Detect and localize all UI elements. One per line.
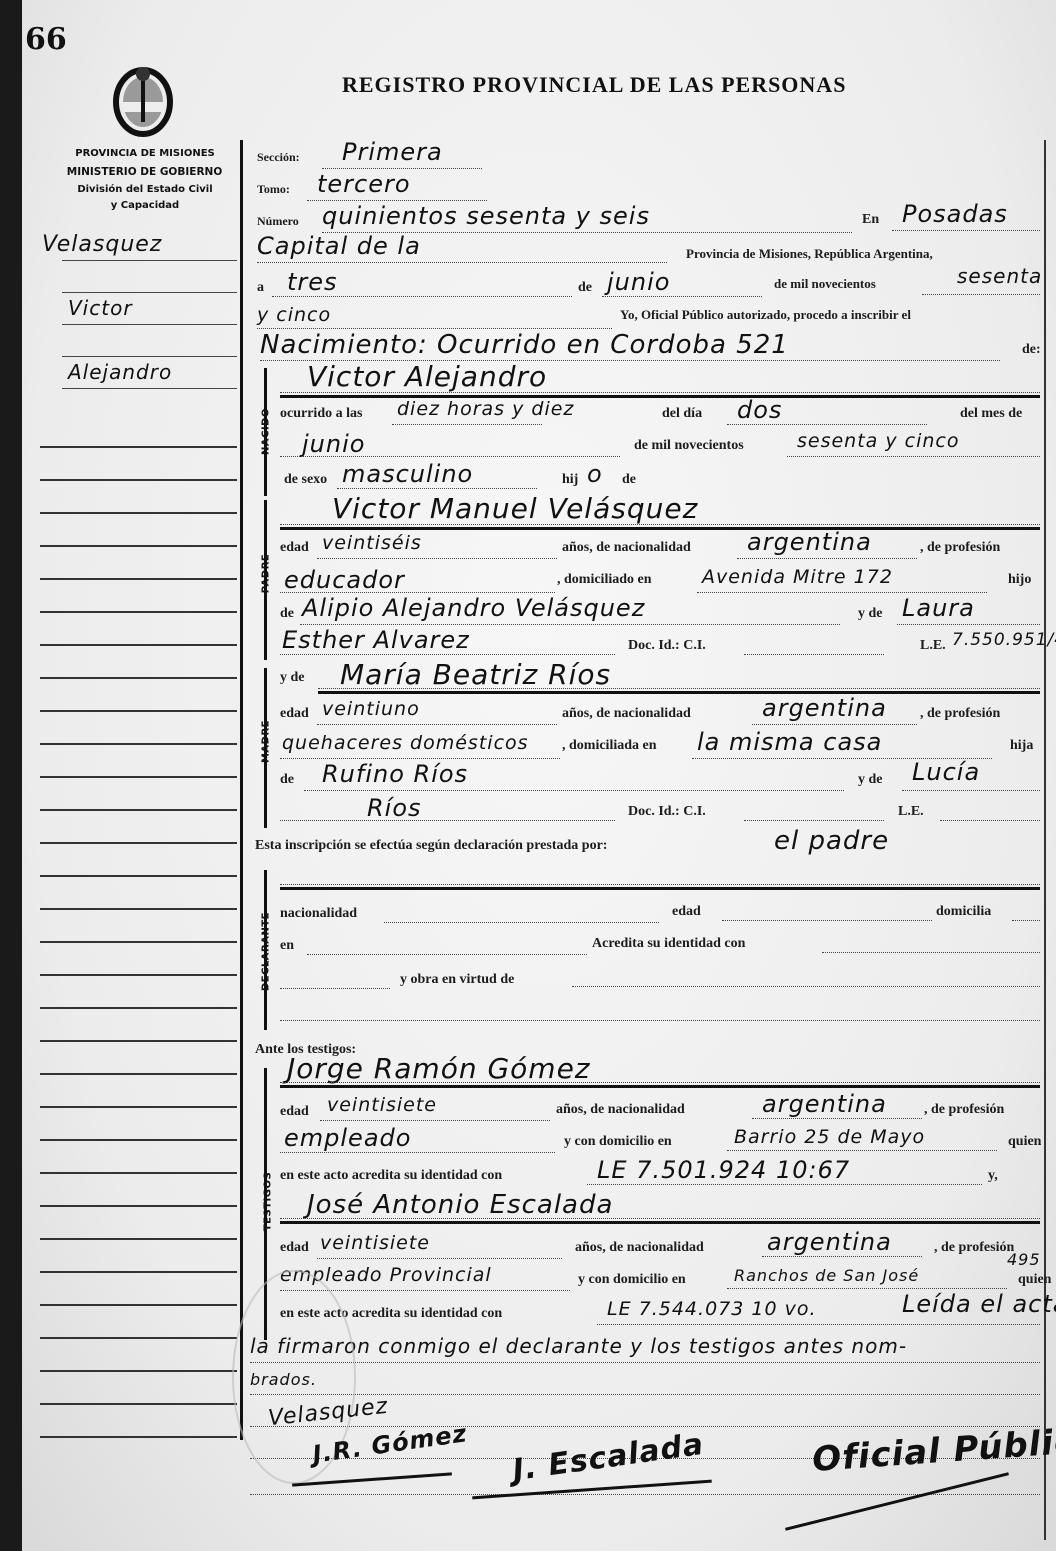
margin-divider [240, 140, 243, 1440]
madre-hija-label: hija [1010, 738, 1033, 754]
madre-domicilio-value: la misma casa [697, 728, 882, 756]
hijo-value: o [587, 460, 603, 488]
witness-1-acredita-value: LE 7.501.924 10:67 [597, 1156, 850, 1184]
padre-le-value: 7.550.951/46 [952, 630, 1056, 650]
header-ministry: MINISTERIO DE GOBIERNO [42, 166, 247, 178]
declarante-obra-label: y obra en virtud de [400, 972, 514, 988]
page-number: 66 [25, 22, 67, 57]
witness-1-nacionalidad-value: argentina [762, 1090, 887, 1118]
en-value: Posadas [902, 200, 1008, 228]
madre-mother-value: Lucía [912, 758, 980, 786]
witness-1-edad-value: veintisiete [327, 1094, 437, 1116]
witness-2-domicilio-number: 495 [1007, 1250, 1041, 1269]
declarante-acredita-label: Acredita su identidad con [592, 936, 745, 952]
right-border [1044, 140, 1046, 1540]
seccion-value: Primera [342, 138, 443, 166]
madre-le-label: L.E. [898, 804, 924, 820]
provincia-text: Provincia de Misiones, República Argenti… [686, 246, 933, 262]
witness-1-anos-label: años, de nacionalidad [556, 1102, 685, 1118]
padre-edad-value: veintiséis [322, 532, 422, 554]
sexo-value: masculino [342, 460, 473, 488]
margin-first-name: Victor [68, 296, 133, 320]
madre-domicilio-label: , domiciliada en [562, 738, 657, 754]
sexo-label: de sexo [284, 472, 327, 488]
nacimiento-value: Nacimiento: Ocurrido en Cordoba 521 [260, 330, 789, 360]
mes-label: del mes de [960, 406, 1022, 422]
witness-2-anos-label: años, de nacionalidad [575, 1240, 704, 1256]
padre-section-label: PADRE [261, 544, 272, 604]
madre-father-value: Rufino Ríos [322, 760, 468, 788]
nacido-section-label: NACIDO [261, 402, 272, 462]
witness-1-end-label: y, [988, 1168, 998, 1184]
birth-year-label: de mil novecientos [634, 438, 744, 454]
declaracion-label: Esta inscripción se efectúa según declar… [255, 838, 607, 854]
numero-value: quinientos sesenta y seis [322, 202, 650, 230]
hijo-label: hij [562, 472, 578, 488]
padre-edad-label: edad [280, 540, 309, 556]
month-de-label: de [578, 280, 592, 296]
en-label: En [862, 212, 879, 228]
madre-mother-value-2: Ríos [367, 794, 422, 822]
padre-de-label: de [280, 606, 294, 622]
madre-name: María Beatriz Ríos [340, 658, 611, 691]
declarante-domicilio-label: domicilia [936, 904, 991, 920]
oficial-text: Yo, Oficial Público autorizado, procedo … [620, 307, 911, 323]
padre-anos-label: años, de nacionalidad [562, 540, 691, 556]
padre-profesion-value: educador [284, 566, 405, 594]
padre-doc-label: Doc. Id.: C.I. [628, 638, 706, 654]
coat-of-arms-icon [112, 58, 174, 138]
madre-section-label: MADRE [261, 712, 272, 772]
dia-label: del día [662, 406, 702, 422]
witness-1-domicilio-label: y con domicilio en [564, 1134, 672, 1150]
witness-2-quien-label: quien [1018, 1272, 1051, 1288]
nacido-name: Victor Alejandro [307, 360, 547, 393]
witness-1-edad-label: edad [280, 1104, 309, 1120]
witness-1-name: Jorge Ramón Gómez [287, 1052, 591, 1085]
witness-2-end-value: Leída el acta [902, 1290, 1056, 1318]
birth-month-value: junio [302, 430, 365, 458]
padre-domicilio-value: Avenida Mitre 172 [702, 566, 893, 588]
declarante-en-label: en [280, 938, 294, 954]
padre-name: Victor Manuel Velásquez [332, 492, 698, 525]
header-capacity: y Capacidad [50, 200, 240, 211]
year-label: de mil novecientos [774, 276, 876, 292]
witness-2-domicilio-label: y con domicilio en [578, 1272, 686, 1288]
padre-domicilio-label: , domiciliado en [557, 572, 652, 588]
madre-y-de-label: y de [280, 670, 305, 686]
madre-profesion-value: quehaceres domésticos [282, 732, 529, 754]
signature-3-underline [472, 1480, 712, 1500]
day-value: tres [287, 268, 338, 296]
witness-2-name: José Antonio Escalada [307, 1190, 613, 1220]
month-value: junio [607, 268, 670, 296]
declarante-edad-label: edad [672, 904, 701, 920]
witness-1-domicilio-value: Barrio 25 de Mayo [734, 1126, 925, 1148]
padre-profesion-label: , de profesión [920, 540, 1000, 556]
madre-profesion-label: , de profesión [920, 706, 1000, 722]
witness-2-profesion-label: , de profesión [934, 1240, 1014, 1256]
padre-mother-value-2: Esther Alvarez [282, 626, 470, 654]
margin-middle-name: Alejandro [68, 360, 172, 384]
numero-label: Número [257, 214, 299, 229]
signature-4-underline [785, 1472, 1009, 1531]
header-division: División del Estado Civil [50, 184, 240, 195]
witness-2-nacionalidad-value: argentina [767, 1228, 892, 1256]
witness-2-edad-label: edad [280, 1240, 309, 1256]
tomo-label: Tomo: [257, 182, 290, 197]
witness-2-acredita-value: LE 7.544.073 10 vo. [607, 1298, 817, 1320]
padre-nacionalidad-value: argentina [747, 528, 872, 556]
testigos-section-label: TESTIGOS [263, 1170, 274, 1234]
tomo-value: tercero [317, 170, 411, 198]
madre-y-de2-label: y de [858, 772, 883, 788]
hour-value: diez horas y diez [397, 398, 574, 420]
padre-y-de-label: y de [858, 606, 883, 622]
madre-edad-label: edad [280, 706, 309, 722]
padre-mother-value: Laura [902, 594, 975, 622]
year-value-2: y cinco [257, 304, 331, 326]
birth-day-value: dos [737, 396, 782, 424]
place-value: Capital de la [257, 232, 421, 260]
header-province: PROVINCIA DE MISIONES [50, 148, 240, 159]
signature-4: Oficial Público [811, 1420, 1056, 1480]
margin-ruled-lines [40, 415, 237, 1445]
document-title: REGISTRO PROVINCIAL DE LAS PERSONAS [342, 72, 846, 98]
declarante-section-label: DECLARANTE [261, 912, 272, 992]
padre-hijo-label: hijo [1008, 572, 1031, 588]
signature-3: J. Escalada [511, 1427, 707, 1488]
witness-1-quien-label: quien [1008, 1134, 1041, 1150]
witness-1-profesion-label: , de profesión [924, 1102, 1004, 1118]
padre-father-value: Alipio Alejandro Velásquez [302, 594, 645, 622]
ocurrido-label: ocurrido a las [280, 406, 362, 422]
year-value: sesenta [957, 264, 1042, 288]
seccion-label: Sección: [257, 150, 300, 165]
witness-2-domicilio-value: Ranchos de San José [734, 1266, 919, 1285]
birth-year-value: sesenta y cinco [797, 430, 959, 452]
madre-de-label: de [280, 772, 294, 788]
margin-surname: Velasquez [42, 232, 162, 257]
padre-le-label: L.E. [920, 638, 946, 654]
hijo-de-label: de [622, 472, 636, 488]
de-colon-label: de: [1022, 342, 1041, 358]
madre-anos-label: años, de nacionalidad [562, 706, 691, 722]
a-label: a [257, 280, 264, 296]
madre-doc-label: Doc. Id.: C.I. [628, 804, 706, 820]
declarante-nacionalidad-label: nacionalidad [280, 906, 357, 922]
madre-nacionalidad-value: argentina [762, 694, 887, 722]
witness-1-profesion-value: empleado [284, 1124, 411, 1152]
witness-2-edad-value: veintisiete [320, 1232, 430, 1254]
madre-edad-value: veintiuno [322, 698, 420, 720]
birth-certificate-page: 66 REGISTRO PROVINCIAL DE LAS PERSONAS P… [22, 0, 1056, 1551]
witness-1-acredita-label: en este acto acredita su identidad con [280, 1168, 502, 1184]
declaracion-value: el padre [774, 826, 889, 856]
